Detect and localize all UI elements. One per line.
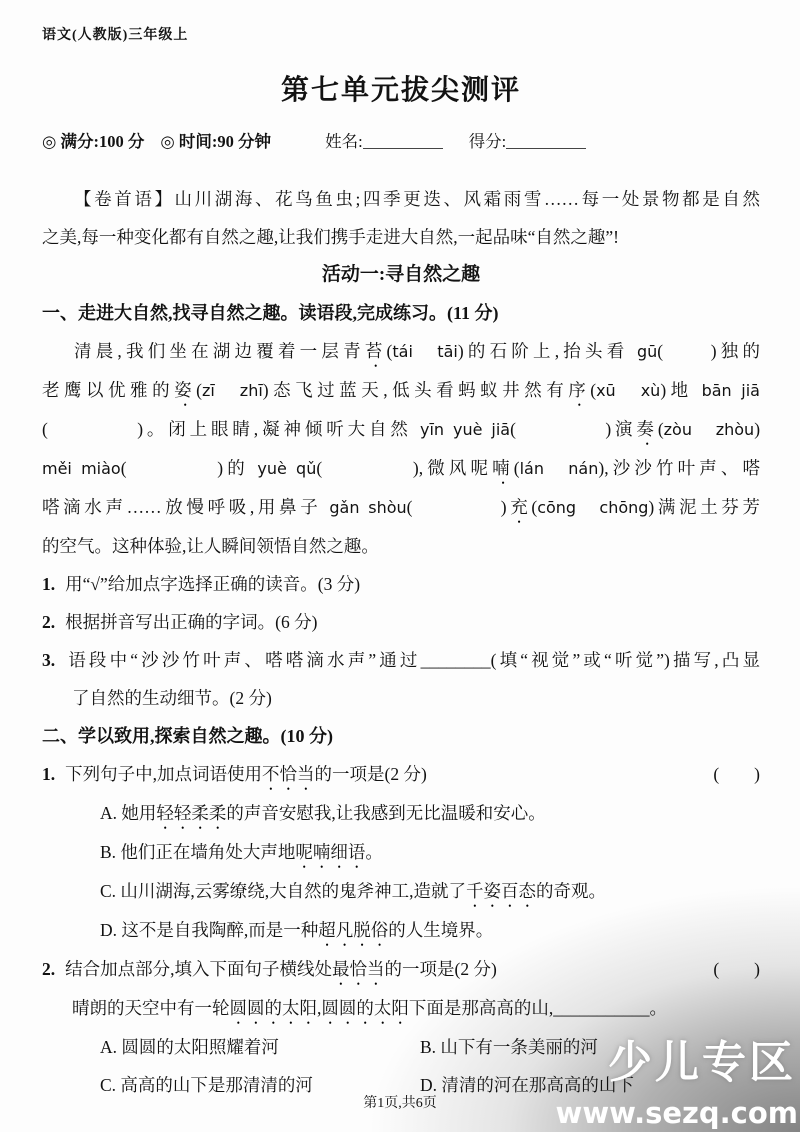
fill-sentence: 晴朗的天空中有一轮圆圆的太阳,圆圆的太阳下面是那高高的山,___________… xyxy=(72,989,760,1028)
text-segment: )地 xyxy=(660,380,701,400)
text-segment: ( )演 xyxy=(510,419,636,439)
pinyin-text: gū xyxy=(637,342,657,361)
text-segment: 的空气。这种体验,让人瞬间领悟自然之趣。 xyxy=(42,536,379,556)
pinyin-text: zòu zhòu xyxy=(664,420,755,439)
option-c: C. 山川湖海,云雾缭绕,大自然的鬼斧神工,造就了千姿百态的奇观。 xyxy=(100,872,760,911)
text-segment: ( )独的 xyxy=(657,341,760,361)
pinyin-text: xū xù xyxy=(596,381,660,400)
time-label: ◎ 时间:90 分钟 xyxy=(160,128,271,152)
question-text: 用“√”给加点字选择正确的读音。(3 分) xyxy=(65,574,360,594)
exam-body: 【卷首语】山川湖海、花鸟鱼虫;四季更迭、风霜雨雪……每一处景物都是自然 之美,每… xyxy=(42,180,760,1104)
option-a: A. 她用轻轻柔柔的声音安慰我,让我感到无比温暖和安心。 xyxy=(100,794,760,833)
question-number: 2. xyxy=(42,612,55,632)
question-number: 2. xyxy=(42,959,55,979)
text-segment: 老鹰以优雅的 xyxy=(42,380,174,400)
text-segment: ( )。闭上眼睛,凝神倾听大自然 xyxy=(42,419,420,439)
page-content: 语文(人教版)三年级上 第七单元拔尖测评 ◎ 满分:100 分 ◎ 时间:90 … xyxy=(42,0,760,1104)
question-item-1: 1.下列句子中,加点词语使用不恰当的一项是(2 分) xyxy=(42,755,713,794)
text-segment: D. 这不是自我陶醉,而是一种 xyxy=(100,920,318,940)
passage-line: ( )。闭上眼睛,凝神倾听大自然 yīn yuè jiā( )演奏(zòu zh… xyxy=(42,410,760,449)
text-segment: 的一项是(2 分) xyxy=(385,959,497,979)
question-number: 1. xyxy=(42,574,55,594)
pinyin-text: yuè qǔ xyxy=(257,459,316,478)
name-group: 姓名: xyxy=(325,128,443,152)
page-title: 第七单元拔尖测评 xyxy=(42,68,760,108)
passage-line: měi miào( )的 yuè qǔ( ),微风呢喃(lán nán),沙沙竹… xyxy=(42,449,760,488)
question-text: 根据拼音写出正确的字词。(6 分) xyxy=(65,612,317,632)
text-segment: 下列句子中,加点词语使用 xyxy=(65,764,262,784)
text-segment: 用“√”给加点字选择正确的读音。(3 分) xyxy=(65,574,360,594)
text-segment: 清晨,我们坐在湖边覆着一层青 xyxy=(74,341,365,361)
choice-a: A. 圆圆的太阳照耀着河 xyxy=(100,1028,420,1066)
answer-bracket: ( ) xyxy=(713,950,760,989)
pinyin-text: yīn yuè jiā xyxy=(420,420,510,439)
text-segment: 的人生境界。 xyxy=(388,920,493,940)
text-segment: 结合加点部分,填入下面句子横线处 xyxy=(65,959,332,979)
score-label: 得分: xyxy=(469,132,507,151)
section-one-heading: 一、走进大自然,找寻自然之趣。读语段,完成练习。(11 分) xyxy=(42,294,760,332)
section-two-heading: 二、学以致用,探索自然之趣。(10 分) xyxy=(42,717,760,755)
question-3-continuation: 了自然的生动细节。(2 分) xyxy=(42,679,760,717)
pinyin-text: gǎn shòu xyxy=(329,498,406,517)
emphasized-text: 充 xyxy=(507,497,532,517)
text-segment: 的奇观。 xyxy=(536,881,606,901)
watermark-brand: 少儿专区 xyxy=(608,1026,796,1090)
question-item-2: 2.结合加点部分,填入下面句子横线处最恰当的一项是(2 分) xyxy=(42,950,713,989)
question-item-2: 2.根据拼音写出正确的字词。(6 分) xyxy=(42,603,760,641)
question-item-1: 1.用“√”给加点字选择正确的读音。(3 分) xyxy=(42,565,760,603)
text-segment: ( ),微风呢 xyxy=(316,458,492,478)
text-segment: ( ) xyxy=(407,497,507,517)
text-segment: ),沙沙竹叶声、嗒 xyxy=(598,458,760,478)
text-segment: ) xyxy=(754,419,760,439)
text-segment: 晴朗的天空中有一轮 xyxy=(72,998,230,1018)
emphasized-text: 圆圆的太阳 xyxy=(230,998,318,1018)
emphasized-text: 最恰当 xyxy=(332,959,385,979)
question-number: 3. xyxy=(42,650,55,670)
pinyin-text: tái tāi xyxy=(392,342,457,361)
intro-line: 之美,每一种变化都有自然之趣,让我们携手走进大自然,一起品味“自然之趣”! xyxy=(42,218,760,256)
text-segment: B. 他们正在墙角处大声地 xyxy=(100,842,295,862)
text-segment: A. 她用 xyxy=(100,803,156,823)
name-blank xyxy=(363,148,443,149)
emphasized-text: 千姿百态 xyxy=(466,881,536,901)
question-text: 结合加点部分,填入下面句子横线处最恰当的一项是(2 分) xyxy=(65,959,497,979)
question-text: 语段中“沙沙竹叶声、嗒嗒滴水声”通过________(填“视觉”或“听觉”)描写… xyxy=(65,650,760,670)
full-score-label: ◎ 满分:100 分 xyxy=(42,128,144,152)
passage-line: 老鹰以优雅的姿(zī zhī)态飞过蓝天,低头看蚂蚁井然有序(xū xù)地 b… xyxy=(42,371,760,410)
text-segment: ( )的 xyxy=(121,458,258,478)
book-header: 语文(人教版)三年级上 xyxy=(42,0,760,44)
text-segment: 。 xyxy=(365,842,383,862)
emphasized-text: 轻轻柔柔 xyxy=(156,803,226,823)
text-segment: 的一项是(2 分) xyxy=(315,764,427,784)
text-segment: 下面是那高高的山,___________。 xyxy=(409,998,667,1018)
text-segment: 的声音安慰我,让我感到无比温暖和安心。 xyxy=(226,803,545,823)
emphasized-text: 喃 xyxy=(492,458,514,478)
text-segment: 语段中“沙沙竹叶声、嗒嗒滴水声”通过________(填“视觉”或“听觉”)描写… xyxy=(65,650,760,670)
text-segment: 嗒滴水声……放慢呼吸,用鼻子 xyxy=(42,497,329,517)
passage-line: 嗒滴水声……放慢呼吸,用鼻子 gǎn shòu( )充(cōng chōng)满… xyxy=(42,488,760,527)
text-segment: )满泥土芬芳 xyxy=(648,497,760,517)
question-number: 1. xyxy=(42,764,55,784)
emphasized-text: 呢喃细语 xyxy=(295,842,365,862)
activity-one-title: 活动一:寻自然之趣 xyxy=(42,256,760,294)
answer-bracket: ( ) xyxy=(713,755,760,794)
text-segment: )的石阶上,抬头看 xyxy=(458,341,637,361)
emphasized-text: 苔 xyxy=(365,341,387,361)
emphasized-text: 奏 xyxy=(636,419,657,439)
emphasized-text: 超凡脱俗 xyxy=(318,920,388,940)
pinyin-text: měi miào xyxy=(42,459,121,478)
exam-info-bar: ◎ 满分:100 分 ◎ 时间:90 分钟 姓名: 得分: xyxy=(42,128,760,152)
emphasized-text: 圆圆的太阳 xyxy=(321,998,409,1018)
score-group: 得分: xyxy=(469,128,587,152)
emphasized-text: 不恰当 xyxy=(262,764,315,784)
question-row: 1.下列句子中,加点词语使用不恰当的一项是(2 分) ( ) xyxy=(42,755,760,794)
name-label: 姓名: xyxy=(325,132,363,151)
pinyin-text: zī zhī xyxy=(202,381,263,400)
text-segment: C. 山川湖海,云雾缭绕,大自然的鬼斧神工,造就了 xyxy=(100,881,466,901)
pinyin-text: lán nán xyxy=(520,459,599,478)
option-d: D. 这不是自我陶醉,而是一种超凡脱俗的人生境界。 xyxy=(100,911,760,950)
emphasized-text: 序 xyxy=(568,380,590,400)
passage-line: 的空气。这种体验,让人瞬间领悟自然之趣。 xyxy=(42,527,760,565)
exam-page: 语文(人教版)三年级上 第七单元拔尖测评 ◎ 满分:100 分 ◎ 时间:90 … xyxy=(0,0,800,1132)
question-item-3: 3.语段中“沙沙竹叶声、嗒嗒滴水声”通过________(填“视觉”或“听觉”)… xyxy=(42,641,760,679)
passage-line: 清晨,我们坐在湖边覆着一层青苔(tái tāi)的石阶上,抬头看 gū( )独的 xyxy=(42,332,760,371)
text-segment: )态飞过蓝天,低头看蚂蚁井然有 xyxy=(263,380,568,400)
text-segment: 根据拼音写出正确的字词。(6 分) xyxy=(65,612,317,632)
pinyin-text: bān jiā xyxy=(702,381,760,400)
option-b: B. 他们正在墙角处大声地呢喃细语。 xyxy=(100,833,760,872)
emphasized-text: 姿 xyxy=(174,380,196,400)
question-text: 下列句子中,加点词语使用不恰当的一项是(2 分) xyxy=(65,764,427,784)
intro-line: 【卷首语】山川湖海、花鸟鱼虫;四季更迭、风霜雨雪……每一处景物都是自然 xyxy=(42,180,760,218)
question-row: 2.结合加点部分,填入下面句子横线处最恰当的一项是(2 分) ( ) xyxy=(42,950,760,989)
score-blank xyxy=(506,148,586,149)
pinyin-text: cōng chōng xyxy=(537,498,648,517)
choice-b: B. 山下有一条美丽的河 xyxy=(420,1028,598,1066)
watermark-url: www.sezq.com xyxy=(556,1096,798,1130)
